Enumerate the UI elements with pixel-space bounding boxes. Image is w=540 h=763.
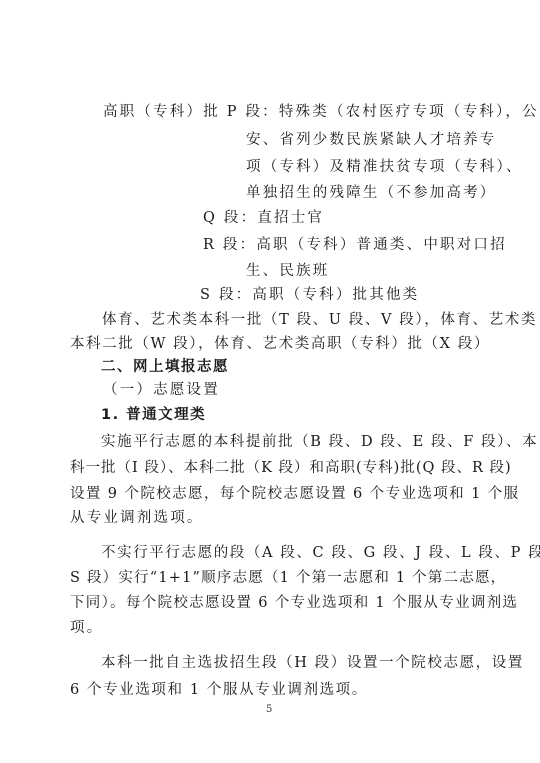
text-line-s-segment: S 段：高职（专科）批其他类 <box>200 285 419 305</box>
subsubsection-heading: 1. 普通文理类 <box>101 405 206 425</box>
text-line: 实施平行志愿的本科提前批（B 段、D 段、E 段、F 段）、本 <box>101 432 538 452</box>
text-line: 科一批（I 段）、本科二批（K 段）和高职(专科)批(Q 段、R 段) <box>70 458 512 478</box>
text-line: 安、省列少数民族紧缺人才培养专 <box>246 130 497 150</box>
text-line: 本科一批自主选拔招生段（H 段）设置一个院校志愿，设置 <box>101 653 524 673</box>
text-line-r-segment: R 段：高职（专科）普通类、中职对口招 <box>203 235 507 255</box>
text-line: 不实行平行志愿的段（A 段、C 段、G 段、J 段、L 段、P 段、 <box>101 543 540 563</box>
text-line: 从专业调剂选项。 <box>70 508 204 528</box>
section-heading: 二、网上填报志愿 <box>101 357 229 377</box>
text-line: 体育、艺术类本科一批（T 段、U 段、V 段），体育、艺术类 <box>102 310 537 330</box>
page-number: 5 <box>266 704 272 715</box>
text-line: 项（专科）及精准扶贫专项（专科）、 <box>246 157 523 177</box>
text-line: 单独招生的残障生（不参加高考） <box>246 183 497 203</box>
text-line-p-segment: 高职（专科）批 P 段：特殊类（农村医疗专项（专科），公 <box>103 102 539 122</box>
text-line: 下同）。每个院校志愿设置 6 个专业选项和 1 个服从专业调剂选 <box>70 593 518 613</box>
text-line: 本科二批（W 段），体育、艺术类高职（专科）批（X 段） <box>70 334 490 354</box>
subsection-heading: （一）志愿设置 <box>103 380 220 400</box>
text-line-q-segment: Q 段：直招士官 <box>203 208 324 228</box>
text-line: S 段）实行“1+1”顺序志愿（1 个第一志愿和 1 个第二志愿， <box>70 568 506 588</box>
text-line: 设置 9 个院校志愿，每个院校志愿设置 6 个专业选项和 1 个服 <box>70 484 520 504</box>
text-line: 6 个专业选项和 1 个服从专业调剂选项。 <box>70 680 368 700</box>
text-line: 项。 <box>70 618 103 638</box>
text-line: 生、民族班 <box>246 261 330 281</box>
